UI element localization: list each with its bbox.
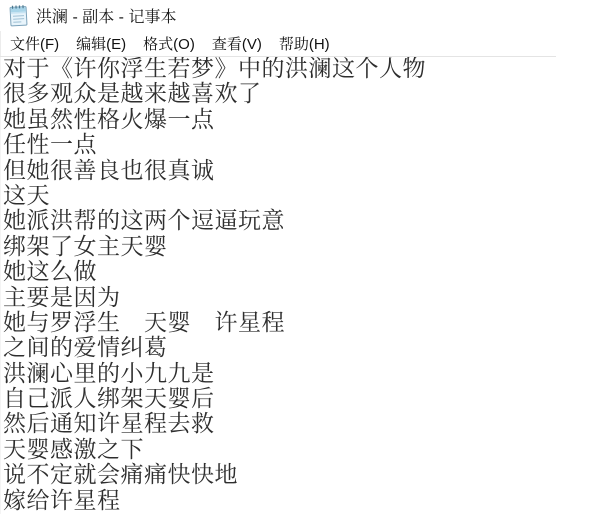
text-line: 她这么做: [3, 260, 556, 285]
text-line: 自己派人绑架天婴后: [3, 387, 556, 412]
window-title: 洪澜 - 副本 - 记事本: [36, 4, 176, 27]
menu-bar: 文件(F) 编辑(E) 格式(O) 查看(V) 帮助(H): [0, 31, 600, 56]
menu-edit[interactable]: 编辑(E): [68, 30, 134, 57]
notepad-window: 洪澜 - 副本 - 记事本 文件(F) 编辑(E) 格式(O) 查看(V) 帮助…: [0, 0, 600, 514]
notepad-icon[interactable]: [8, 4, 29, 27]
text-line: 绑架了女主天婴: [3, 235, 556, 260]
text-line: 很多观众是越来越喜欢了: [3, 82, 556, 107]
text-line: 但她很善良也很真诚: [3, 159, 556, 184]
title-bar[interactable]: 洪澜 - 副本 - 记事本: [0, 0, 600, 30]
text-line: 嫁给许星程: [3, 489, 556, 514]
text-line: 她派洪帮的这两个逗逼玩意: [3, 209, 556, 234]
text-line: 天婴感激之下: [3, 438, 556, 463]
text-line: 说不定就会痛痛快快地: [3, 463, 556, 488]
text-line: 之间的爱情纠葛: [3, 336, 556, 361]
text-line: 她与罗浮生 天婴 许星程: [3, 311, 556, 336]
menu-file[interactable]: 文件(F): [2, 30, 67, 57]
text-line: 主要是因为: [3, 286, 556, 311]
text-line: 然后通知许星程去救: [3, 412, 556, 437]
menu-help[interactable]: 帮助(H): [271, 30, 338, 57]
menu-format[interactable]: 格式(O): [135, 30, 203, 57]
text-line: 这天: [3, 184, 556, 209]
text-line: 任性一点: [3, 133, 556, 158]
text-line: 洪澜心里的小九九是: [3, 362, 556, 387]
text-line: 她虽然性格火爆一点: [3, 108, 556, 133]
text-area[interactable]: 对于《许你浮生若梦》中的洪澜这个人物 很多观众是越来越喜欢了 她虽然性格火爆一点…: [0, 57, 556, 514]
text-line: 对于《许你浮生若梦》中的洪澜这个人物: [3, 57, 556, 82]
menu-view[interactable]: 查看(V): [204, 30, 270, 57]
